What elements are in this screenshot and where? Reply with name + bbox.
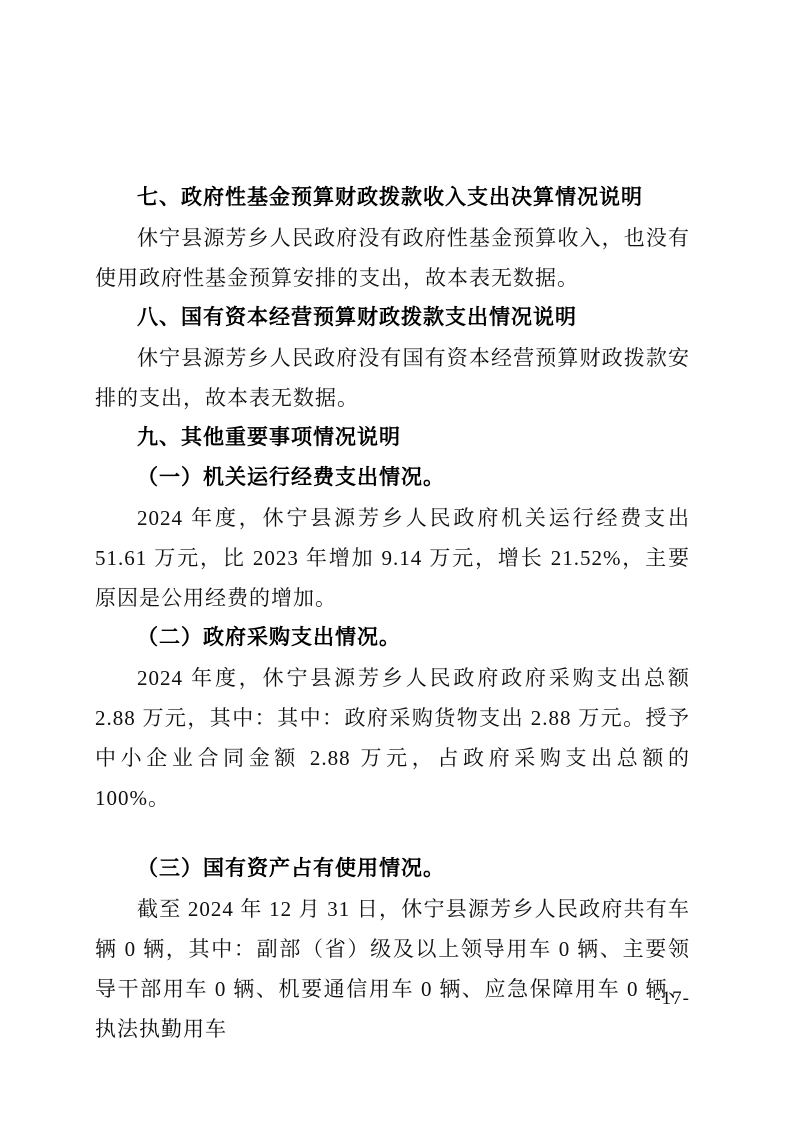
paragraph-procurement: 2024 年度，休宁县源芳乡人民政府政府采购支出总额 2.88 万元，其中：其中… [95, 658, 690, 818]
paragraph-gov-fund-budget: 休宁县源芳乡人民政府没有政府性基金预算收入，也没有使用政府性基金预算安排的支出，… [95, 218, 690, 298]
subsection-heading-9-2-procurement: （二）政府采购支出情况。 [95, 618, 690, 658]
document-page: 七、政府性基金预算财政拨款收入支出决算情况说明 休宁县源芳乡人民政府没有政府性基… [0, 0, 793, 1122]
paragraph-state-assets-vehicles: 截至 2024 年 12 月 31 日，休宁县源芳乡人民政府共有车辆 0 辆，其… [95, 889, 690, 1049]
page-number: -17- [654, 986, 690, 1012]
paragraph-operating-expenses: 2024 年度，休宁县源芳乡人民政府机关运行经费支出 51.61 万元，比 20… [95, 498, 690, 618]
section-heading-9-other-matters: 九、其他重要事项情况说明 [95, 418, 690, 458]
section-heading-8-state-capital-budget: 八、国有资本经营预算财政拨款支出情况说明 [95, 298, 690, 338]
section-heading-7-gov-fund-budget: 七、政府性基金预算财政拨款收入支出决算情况说明 [95, 178, 690, 218]
paragraph-state-capital-budget: 休宁县源芳乡人民政府没有国有资本经营预算财政拨款安排的支出，故本表无数据。 [95, 338, 690, 418]
subsection-heading-9-3-state-assets: （三）国有资产占有使用情况。 [95, 849, 690, 889]
subsection-heading-9-1-operating-expenses: （一）机关运行经费支出情况。 [95, 458, 690, 498]
